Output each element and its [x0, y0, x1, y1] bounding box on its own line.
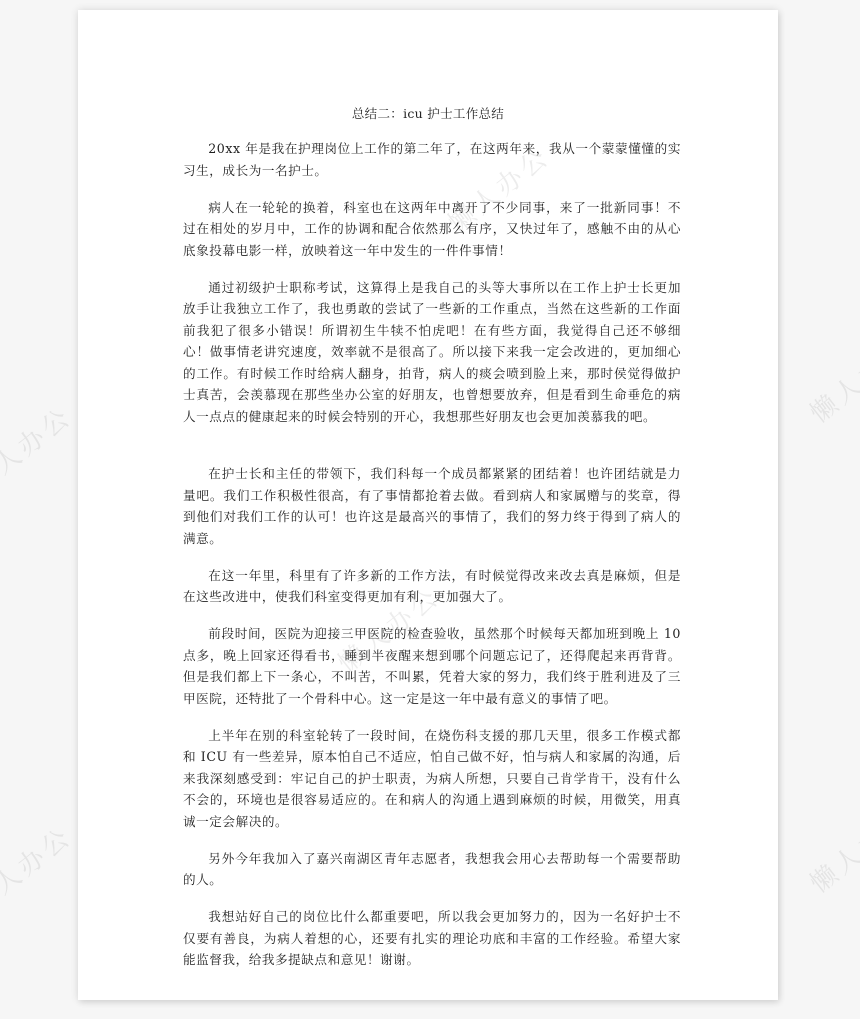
paragraph-4: 在护士长和主任的带领下，我们科每一个成员都紧紧的团结着！也许团结就是力量吧。我们… [183, 463, 681, 549]
paragraph-8: 另外今年我加入了嘉兴南湖区青年志愿者，我想我会用心去帮助每一个需要帮助的人。 [183, 848, 681, 891]
paragraph-6: 前段时间，医院为迎接三甲医院的检查验收，虽然那个时候每天都加班到晚上 10 点多… [183, 623, 681, 709]
paragraph-3: 通过初级护士职称考试，这算得上是我自己的头等大事所以在工作上护士长更加放手让我独… [183, 277, 681, 428]
paragraph-1: 20xx 年是我在护理岗位上工作的第二年了，在这两年来，我从一个蒙蒙懂懂的实习生… [183, 138, 681, 181]
document-page: 懒人办公 懒人办公 总结二：icu 护士工作总结 20xx 年是我在护理岗位上工… [78, 10, 778, 1000]
document-body: 20xx 年是我在护理岗位上工作的第二年了，在这两年来，我从一个蒙蒙懂懂的实习生… [183, 138, 681, 986]
paragraph-2: 病人在一轮轮的换着，科室也在这两年中离开了不少同事，来了一批新同事！不过在相处的… [183, 197, 681, 262]
watermark-left-bottom: 懒人办公 [0, 817, 79, 920]
watermark-left-top: 懒人办公 [0, 397, 79, 500]
paragraph-5: 在这一年里，科里有了许多新的工作方法，有时候觉得改来改去真是麻烦，但是在这些改进… [183, 565, 681, 608]
viewer-background: 懒人办公 懒人办公 懒人办公 懒人办公 懒人办公 懒人办公 总结二：icu 护士… [0, 0, 860, 1019]
watermark-right-top: 懒人办公 [801, 327, 860, 430]
paragraph-9: 我想站好自己的岗位比什么都重要吧，所以我会更加努力的，因为一名好护士不仅要有善良… [183, 906, 681, 971]
watermark-right-bottom: 懒人办公 [801, 797, 860, 900]
document-title: 总结二：icu 护士工作总结 [78, 104, 778, 122]
paragraph-7: 上半年在别的科室轮转了一段时间，在烧伤科支援的那几天里，很多工作模式都和 ICU… [183, 725, 681, 833]
